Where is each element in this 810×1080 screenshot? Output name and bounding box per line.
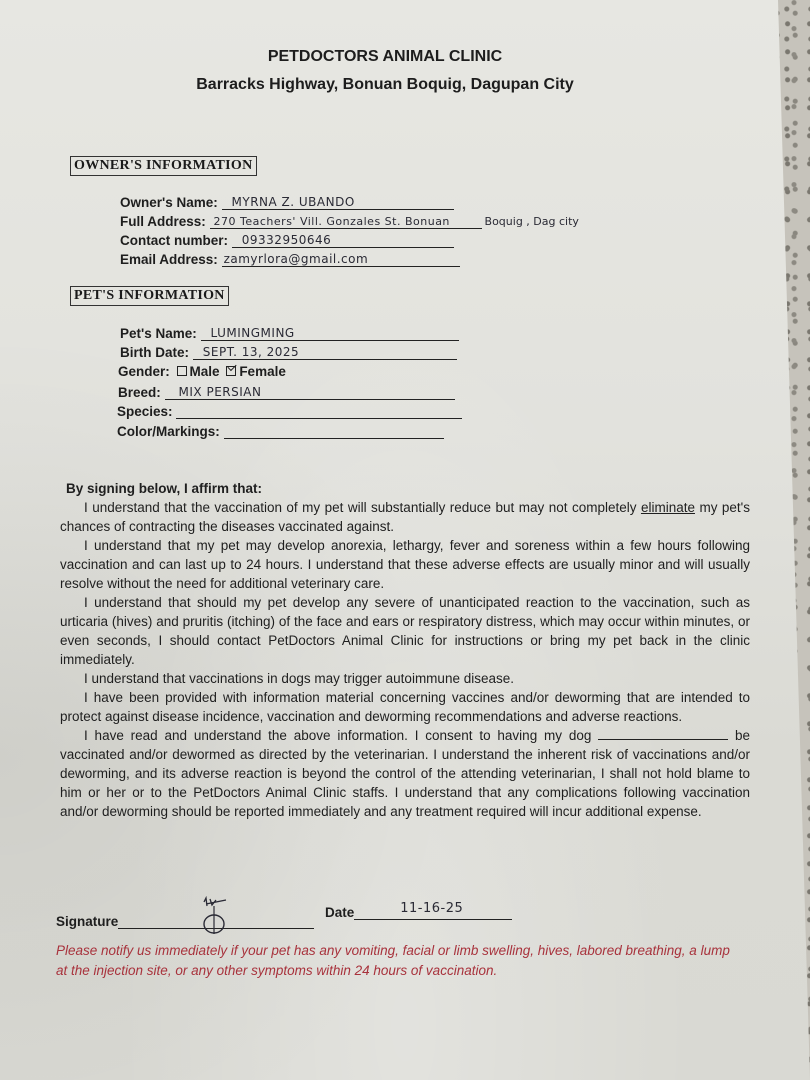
pet-name-label: Pet's Name: <box>120 326 197 341</box>
affirmation-intro: By signing below, I affirm that: <box>60 479 750 498</box>
owner-name-input[interactable]: MYRNA Z. UBANDO <box>222 195 454 210</box>
affirmation-paragraph-5: I have been provided with information ma… <box>60 688 750 726</box>
breed-field: Breed: MIX PERSIAN <box>118 385 455 400</box>
p6-text: I have read and understand the above inf… <box>84 728 598 743</box>
contact-label: Contact number: <box>120 233 228 248</box>
gender-male-checkbox[interactable] <box>177 366 187 376</box>
species-field: Species: <box>117 404 462 419</box>
gender-male-label: Male <box>190 364 220 379</box>
breed-value: MIX PERSIAN <box>179 385 262 399</box>
clinic-name: PETDOCTORS ANIMAL CLINIC <box>0 48 770 66</box>
owner-section-heading: OWNER'S INFORMATION <box>70 156 257 176</box>
p1-underlined: eliminate <box>641 500 695 515</box>
address-field: Full Address: 270 Teachers' Vill. Gonzal… <box>120 214 482 229</box>
gender-field: Gender: Male Female <box>118 364 286 379</box>
address-label: Full Address: <box>120 214 206 229</box>
signature-scribble-icon <box>192 896 242 936</box>
contact-input[interactable]: 09332950646 <box>232 233 454 248</box>
birth-date-field: Birth Date: SEPT. 13, 2025 <box>120 345 457 360</box>
signature-field: Signature <box>56 914 314 929</box>
pet-section-heading: PET'S INFORMATION <box>70 286 229 306</box>
address-value-overflow: Boquig , Dag city <box>485 215 579 228</box>
address-input[interactable]: 270 Teachers' Vill. Gonzales St. BonuanB… <box>210 214 482 229</box>
contact-field: Contact number: 09332950646 <box>120 233 454 248</box>
owner-name-label: Owner's Name: <box>120 195 218 210</box>
contact-value: 09332950646 <box>242 233 331 247</box>
date-value: 11-16-25 <box>400 901 463 916</box>
clinic-address: Barracks Highway, Bonuan Boquig, Dagupan… <box>0 76 770 94</box>
signature-label: Signature <box>56 914 118 929</box>
address-value: 270 Teachers' Vill. Gonzales St. Bonuan <box>214 215 450 228</box>
species-input[interactable] <box>176 404 462 419</box>
pet-name-value: LUMINGMING <box>211 326 295 340</box>
gender-female-label: Female <box>239 364 286 379</box>
signature-input[interactable] <box>118 914 314 929</box>
owner-name-value: MYRNA Z. UBANDO <box>232 195 355 209</box>
species-label: Species: <box>117 404 173 419</box>
pet-name-field: Pet's Name: LUMINGMING <box>120 326 459 341</box>
pet-name-input[interactable]: LUMINGMING <box>201 326 459 341</box>
date-input[interactable]: 11-16-25 <box>354 905 512 920</box>
date-label: Date <box>325 905 354 920</box>
color-markings-label: Color/Markings: <box>117 424 220 439</box>
email-value: zamyrlora@gmail.com <box>224 252 369 266</box>
post-vaccination-notice: Please notify us immediately if your pet… <box>56 941 736 981</box>
affirmation-paragraph-4: I understand that vaccinations in dogs m… <box>60 669 750 688</box>
email-field: Email Address: zamyrlora@gmail.com <box>120 252 460 267</box>
p1-text: I understand that the vaccination of my … <box>84 500 636 515</box>
birth-date-input[interactable]: SEPT. 13, 2025 <box>193 345 457 360</box>
owner-name-field: Owner's Name: MYRNA Z. UBANDO <box>120 195 454 210</box>
breed-input[interactable]: MIX PERSIAN <box>165 385 455 400</box>
date-field: Date11-16-25 <box>325 905 512 920</box>
color-markings-field: Color/Markings: <box>117 424 444 439</box>
birth-date-label: Birth Date: <box>120 345 189 360</box>
gender-female-checkbox[interactable] <box>226 366 236 376</box>
affirmation-paragraph-6: I have read and understand the above inf… <box>60 726 750 821</box>
affirmation-paragraph-2: I understand that my pet may develop ano… <box>60 536 750 593</box>
email-input[interactable]: zamyrlora@gmail.com <box>222 252 460 267</box>
affirmation-paragraph-3: I understand that should my pet develop … <box>60 593 750 669</box>
gender-label: Gender: <box>118 364 170 379</box>
birth-date-value: SEPT. 13, 2025 <box>203 345 299 359</box>
affirmation-paragraph-1: I understand that the vaccination of my … <box>60 498 750 536</box>
breed-label: Breed: <box>118 385 161 400</box>
color-markings-input[interactable] <box>224 424 444 439</box>
email-label: Email Address: <box>120 252 218 267</box>
dog-name-blank[interactable] <box>598 727 728 740</box>
consent-form-paper: PETDOCTORS ANIMAL CLINIC Barracks Highwa… <box>0 0 810 1080</box>
affirmation-text: By signing below, I affirm that: I under… <box>60 479 750 821</box>
